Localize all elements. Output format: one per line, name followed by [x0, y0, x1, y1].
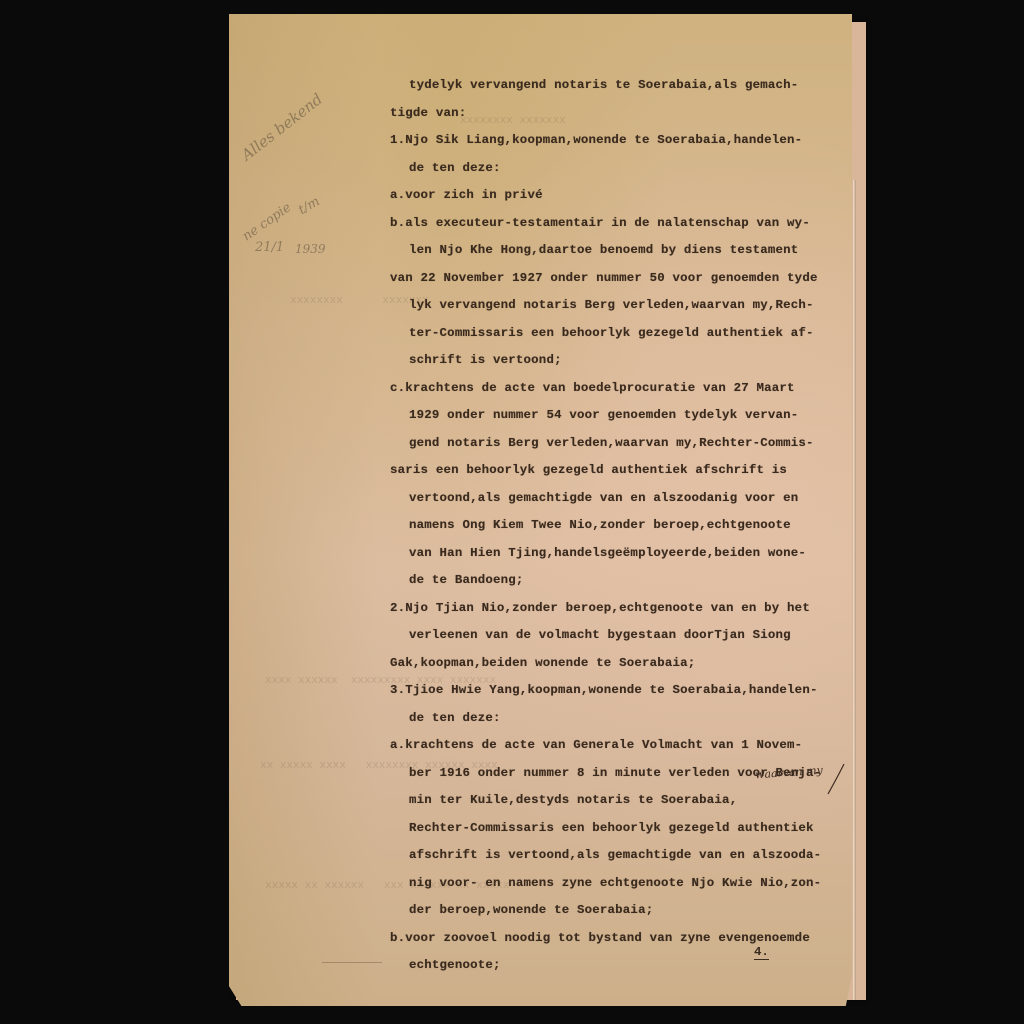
- page-shading: [229, 14, 379, 1006]
- typed-line: 1.Njo Sik Liang,koopman,wonende te Soera…: [390, 133, 802, 147]
- typed-line: a.krachtens de acte van Generale Volmach…: [390, 738, 802, 752]
- typed-line: a.voor zich in privé: [390, 188, 543, 202]
- typed-line: b.als executeur-testamentair in de nalat…: [390, 216, 810, 230]
- typed-line: 3.Tjioe Hwie Yang,koopman,wonende te Soe…: [390, 683, 818, 697]
- typed-line: b.voor zoovoel noodig tot bystand van zy…: [390, 931, 810, 945]
- typed-line: tigde van:: [390, 106, 466, 120]
- typed-line: van 22 November 1927 onder nummer 50 voo…: [390, 271, 818, 285]
- show-through-underline: [322, 962, 382, 963]
- typed-line: Gak,koopman,beiden wonende te Soerabaia;: [390, 656, 695, 670]
- page-edge: [853, 180, 856, 1000]
- typed-line: echtgenoote;: [409, 958, 501, 972]
- typed-line: gend notaris Berg verleden,waarvan my,Re…: [409, 436, 814, 450]
- typed-line: verleenen van de volmacht bygestaan door…: [409, 628, 791, 642]
- typed-line: Rechter-Commissaris een behoorlyk gezege…: [409, 821, 814, 835]
- show-through-text: xxxxxxx xxxxxxxx: [290, 295, 429, 307]
- typed-line: 1929 onder nummer 54 voor genoemden tyde…: [409, 408, 798, 422]
- typed-line: de ten deze:: [409, 711, 501, 725]
- typed-line: van Han Hien Tjing,handelsgeëmployeerde,…: [409, 546, 806, 560]
- show-through-text: xxxxxxx xxxxxxxx: [460, 115, 566, 127]
- typed-line: ter-Commissaris een behoorlyk gezegeld a…: [409, 326, 814, 340]
- typed-line: min ter Kuile,destyds notaris te Soeraba…: [409, 793, 737, 807]
- typed-line: 2.Njo Tjian Nio,zonder beroep,echtgenoot…: [390, 601, 810, 615]
- page-number: 4.: [754, 946, 769, 960]
- margin-note-line: 1939: [295, 242, 326, 256]
- typed-line: de ten deze:: [409, 161, 501, 175]
- typed-line: lyk vervangend notaris Berg verleden,waa…: [409, 298, 814, 312]
- typed-line: vertoond,als gemachtigde van en alszooda…: [409, 491, 798, 505]
- typed-line: c.krachtens de acte van boedelprocuratie…: [390, 381, 795, 395]
- typed-line: schrift is vertoond;: [409, 353, 562, 367]
- margin-note-line: 21/1: [255, 240, 284, 255]
- typed-line: len Njo Khe Hong,daartoe benoemd by dien…: [409, 243, 798, 257]
- handwritten-stroke: [822, 762, 848, 798]
- typed-line: saris een behoorlyk gezegeld authentiek …: [390, 463, 787, 477]
- typed-line: nig voor- en namens zyne echtgenoote Njo…: [409, 876, 821, 890]
- typed-line: tydelyk vervangend notaris te Soerabaia,…: [409, 78, 798, 92]
- typed-line: de te Bandoeng;: [409, 573, 524, 587]
- typed-line: afschrift is vertoond,als gemachtigde va…: [409, 848, 821, 862]
- typed-line: namens Ong Kiem Twee Nio,zonder beroep,e…: [409, 518, 791, 532]
- typed-line: der beroep,wonende te Soerabaia;: [409, 903, 653, 917]
